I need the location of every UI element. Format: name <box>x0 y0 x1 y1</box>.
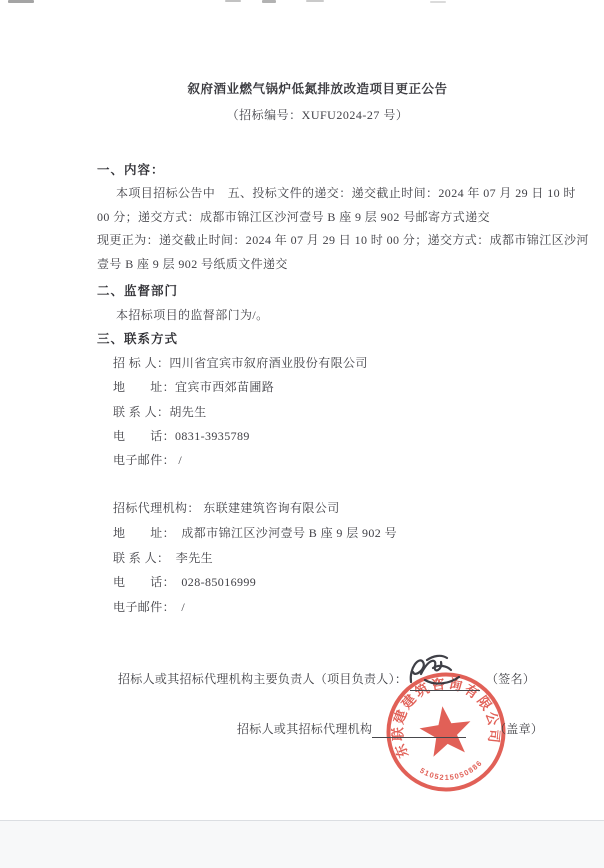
seal-underline <box>372 737 466 738</box>
agency-name-row: 招标代理机构： 东联建建筑咨询有限公司 <box>113 496 397 521</box>
bidder-contact-block: 招 标 人：四川省宜宾市叙府酒业股份有限公司 地 址：宜宾市西郊苗圃路 联 系 … <box>113 351 368 472</box>
scan-band <box>0 821 604 868</box>
signature-line-label: 招标人或其招标代理机构主要负责人（项目负责人）： <box>118 670 407 687</box>
bidder-name-row: 招 标 人：四川省宜宾市叙府酒业股份有限公司 <box>113 351 368 375</box>
section-3-heading: 三、联系方式 <box>97 329 178 347</box>
content-line: 壹号 B 座 9 层 902 号纸质文件递交 <box>97 253 557 277</box>
bidder-address-row: 地 址：宜宾市西郊苗圃路 <box>113 375 368 399</box>
content-line: 本项目招标公告中 五、投标文件的递交：递交截止时间：2024 年 07 月 29… <box>97 182 557 206</box>
section-1-paragraph: 本项目招标公告中 五、投标文件的递交：递交截止时间：2024 年 07 月 29… <box>97 182 557 276</box>
bidder-email-row: 电子邮件： / <box>113 448 368 472</box>
scan-artifact <box>306 0 324 2</box>
signature-suffix: （签名） <box>486 670 535 687</box>
seal-suffix: （盖章） <box>494 720 543 737</box>
agency-contact-block: 招标代理机构： 东联建建筑咨询有限公司 地 址： 成都市锦江区沙河壹号 B 座 … <box>113 496 397 620</box>
agency-contact-row: 联 系 人： 李先生 <box>113 546 397 571</box>
handwritten-signature <box>403 648 465 696</box>
section-1-heading: 一、内容： <box>97 160 165 178</box>
scan-artifact <box>262 0 276 3</box>
agency-phone-row: 电 话： 028-85016999 <box>113 570 397 595</box>
bidder-phone-row: 电 话：0831-3935789 <box>113 424 368 448</box>
document-page: 叙府酒业燃气锅炉低氮排放改造项目更正公告 （招标编号：XUFU2024-27 号… <box>0 0 604 868</box>
scan-artifact <box>8 0 34 3</box>
seal-star-icon <box>417 703 475 758</box>
bidder-contact-row: 联 系 人：胡先生 <box>113 400 368 424</box>
content-line: 现更正为：递交截止时间：2024 年 07 月 29 日 10 时 00 分；递… <box>97 229 557 253</box>
seal-line-label: 招标人或其招标代理机构 <box>237 720 372 737</box>
tender-number: （招标编号：XUFU2024-27 号） <box>97 106 538 123</box>
page-title: 叙府酒业燃气锅炉低氮排放改造项目更正公告 <box>97 79 538 97</box>
agency-email-row: 电子邮件： / <box>113 595 397 620</box>
scan-artifact <box>225 0 241 2</box>
section-2-body: 本招标项目的监督部门为/。 <box>116 306 269 323</box>
scan-artifact <box>430 1 446 3</box>
agency-address-row: 地 址： 成都市锦江区沙河壹号 B 座 9 层 902 号 <box>113 521 397 546</box>
content-line: 00 分；递交方式：成都市锦江区沙河壹号 B 座 9 层 902 号邮寄方式递交 <box>97 206 557 230</box>
section-2-heading: 二、监督部门 <box>97 281 178 299</box>
